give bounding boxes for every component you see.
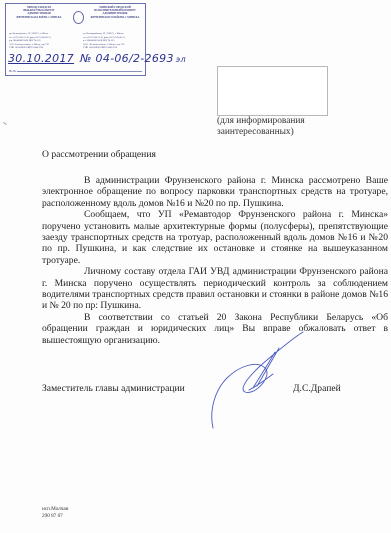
paragraph: В администрации Фрунзенского района г. М…	[42, 175, 388, 209]
coat-of-arms-icon	[73, 11, 84, 24]
paragraph: Личному составу отдела ГАИ УВД администр…	[42, 266, 388, 312]
fold-mark	[3, 122, 7, 125]
reference-label: На №	[9, 69, 16, 73]
registration-stamp: МІНСКІ ГАРАДСКІ ВЫКАНАЎЧЫ КАМІТЭТ АДМІНІ…	[5, 3, 146, 76]
handwritten-registration: 30.10.2017№ 04-06/2-2693эл	[8, 53, 208, 65]
stamp-text: ФРУНЗЕНСКАГА РАЁНА г. МІНСКА	[8, 16, 70, 19]
handwritten-signature	[205, 330, 315, 430]
stamp-left-header: МІНСКІ ГАРАДСКІ ВЫКАНАЎЧЫ КАМІТЭТ АДМІНІ…	[8, 6, 70, 19]
reference-line	[17, 71, 142, 72]
paragraph: Сообщаем, что УП «Ремавтодор Фрунзенског…	[42, 209, 388, 266]
handwritten-number: № 04-06/2-2693	[80, 52, 174, 65]
letter-subject: О рассмотрении обращения	[42, 149, 156, 160]
caption-line: (для информирования	[217, 116, 305, 127]
executor-name: исп.Молчан	[42, 506, 68, 513]
signatory-name: Д.С.Драпей	[293, 383, 341, 394]
executor-info: исп.Молчан 290 87 07	[42, 506, 68, 519]
caption-line: заинтересованных)	[217, 127, 305, 138]
stamp-right-header: МИНСКИЙ ГОРОДСКОЙ ИСПОЛНИТЕЛЬНЫЙ КОМИТЕТ…	[84, 6, 146, 19]
signatory-position: Заместитель главы администрации	[42, 383, 185, 394]
letter-body: В администрации Фрунзенского района г. М…	[42, 175, 388, 346]
handwritten-suffix: эл	[176, 55, 186, 64]
handwritten-date: 30.10.2017	[8, 52, 74, 65]
stamp-right-address: ул. Кальварийская, 29, 220073, г. Минск …	[83, 32, 147, 50]
addressee-caption: (для информирования заинтересованных)	[217, 116, 305, 138]
stamp-left-address: пр. Калинаўскага, 29, 220073, г. Мінск т…	[9, 32, 73, 50]
stamp-text: ФРУНЗЕНСКОГО РАЙОНА г. МИНСКА	[84, 16, 146, 19]
stamp-text: УНП 100142898 ОКПО 04433310	[9, 46, 73, 50]
executor-phone: 290 87 07	[42, 513, 68, 520]
stamp-text: УНП 100142898 ОКПО 04433310	[83, 46, 147, 50]
addressee-box	[217, 66, 328, 116]
